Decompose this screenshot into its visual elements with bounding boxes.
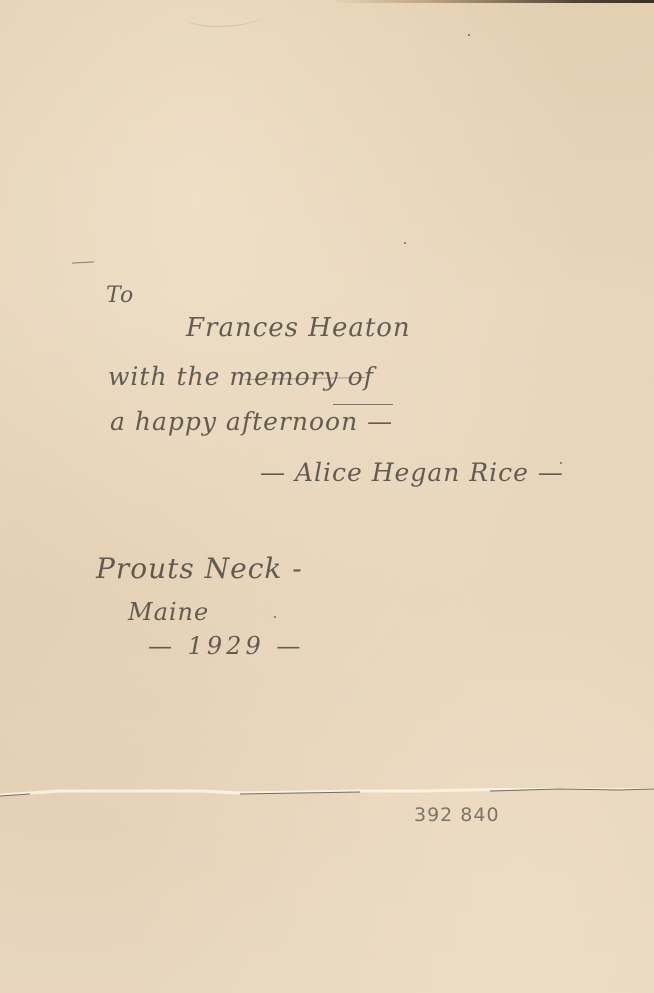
recipient-name: Frances Heaton	[186, 313, 411, 343]
torn-top-edge	[330, 0, 654, 3]
salutation: To	[106, 283, 134, 308]
inscription-year: — 1929 —	[148, 632, 304, 660]
catalog-number: 392 840	[414, 804, 500, 826]
margin-pencil-mark	[72, 261, 94, 263]
pencil-overline	[333, 404, 393, 405]
location-place: Prouts Neck -	[96, 552, 303, 585]
inscription-page: To Frances Heaton with the memory of a h…	[0, 0, 654, 993]
paper-speck	[404, 242, 406, 244]
paper-speck	[468, 34, 470, 36]
author-signature: — Alice Hegan Rice —	[260, 458, 564, 487]
location-state: Maine	[128, 598, 209, 626]
paper-crease	[185, 4, 265, 27]
paper-speck	[274, 616, 276, 618]
paper-speck	[560, 462, 562, 464]
torn-fold-line	[0, 788, 654, 798]
inscription-line-2: a happy afternoon —	[110, 407, 393, 436]
